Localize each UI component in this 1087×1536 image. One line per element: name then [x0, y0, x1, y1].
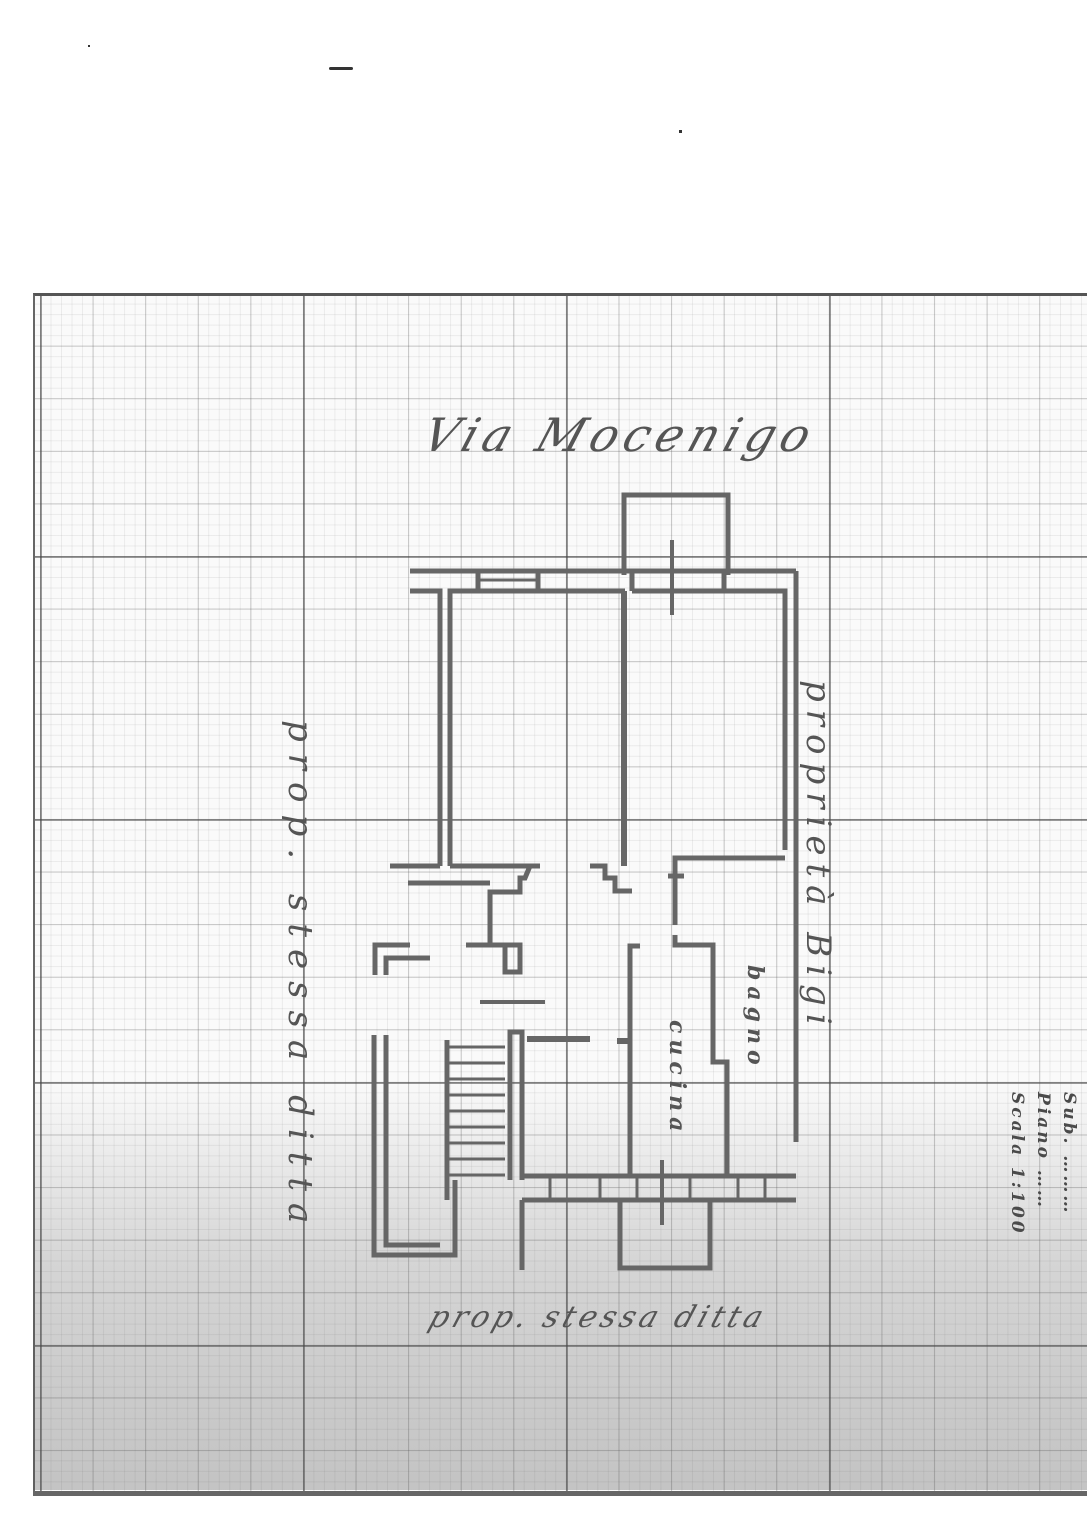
room-label-cucina: cucina — [664, 1020, 690, 1137]
neighbor-left-label: prop. stessa ditta — [280, 720, 320, 1235]
street-label: Via Mocenigo — [416, 408, 824, 462]
annotation-line: Scala 1:100 — [1004, 1092, 1030, 1236]
neighbor-right-label: proprietà Bigi — [798, 680, 838, 1033]
room-label-bagno: bagno — [742, 965, 768, 1071]
annotation-line: Sub. ……… — [1056, 1092, 1082, 1236]
annotation-line: Piano …… — [1030, 1092, 1056, 1236]
balcony-top — [624, 495, 728, 575]
neighbor-bottom-label: prop. stessa ditta — [424, 1300, 771, 1335]
plan-annotation: Sub. ……… Piano …… Scala 1:100 — [1004, 1092, 1082, 1236]
